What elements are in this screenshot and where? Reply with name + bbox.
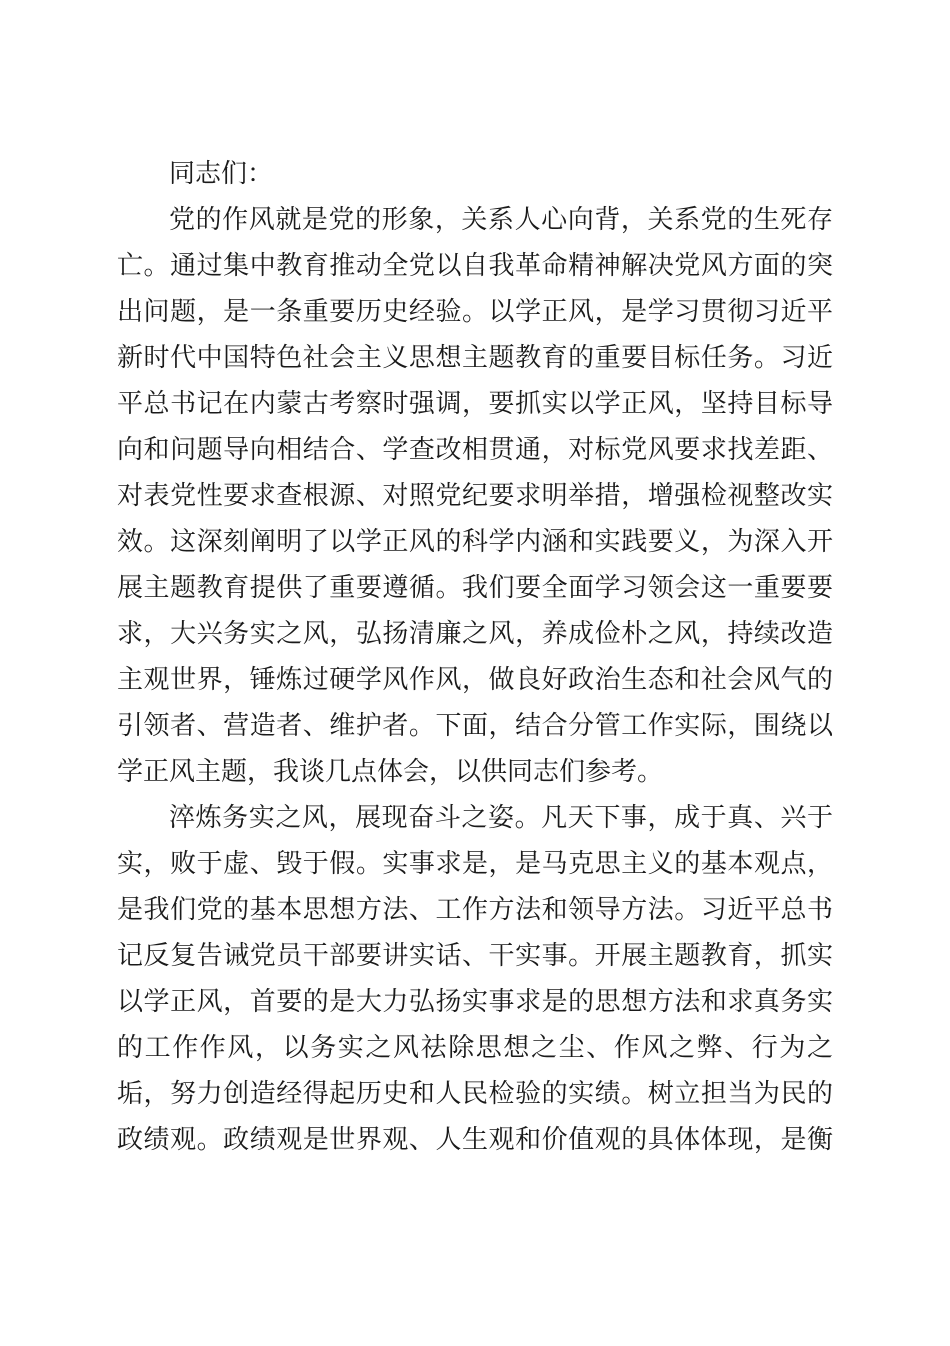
- document-page: 同志们：党的作风就是党的形象，关系人心向背，关系党的生死存亡。通过集中教育推动全…: [0, 0, 950, 1346]
- text-line: 实，败于虚、毁于假。实事求是，是马克思主义的基本观点，: [117, 840, 833, 886]
- text-line: 的工作作风，以务实之风祛除思想之尘、作风之弊、行为之: [117, 1024, 833, 1070]
- text-line: 政绩观。政绩观是世界观、人生观和价值观的具体体现，是衡: [117, 1116, 833, 1162]
- text-line: 同志们：: [117, 150, 833, 196]
- text-line: 引领者、营造者、维护者。下面，结合分管工作实际，围绕以: [117, 702, 833, 748]
- text-line: 亡。通过集中教育推动全党以自我革命精神解决党风方面的突: [117, 242, 833, 288]
- text-line: 以学正风，首要的是大力弘扬实事求是的思想方法和求真务实: [117, 978, 833, 1024]
- text-line: 求，大兴务实之风，弘扬清廉之风，养成俭朴之风，持续改造: [117, 610, 833, 656]
- text-line: 主观世界，锤炼过硬学风作风，做良好政治生态和社会风气的: [117, 656, 833, 702]
- text-line: 新时代中国特色社会主义思想主题教育的重要目标任务。习近: [117, 334, 833, 380]
- document-body: 同志们：党的作风就是党的形象，关系人心向背，关系党的生死存亡。通过集中教育推动全…: [117, 150, 833, 1162]
- text-line: 向和问题导向相结合、学查改相贯通，对标党风要求找差距、: [117, 426, 833, 472]
- text-line: 记反复告诫党员干部要讲实话、干实事。开展主题教育，抓实: [117, 932, 833, 978]
- text-line: 垢，努力创造经得起历史和人民检验的实绩。树立担当为民的: [117, 1070, 833, 1116]
- text-line: 淬炼务实之风，展现奋斗之姿。凡天下事，成于真、兴于: [117, 794, 833, 840]
- text-line: 党的作风就是党的形象，关系人心向背，关系党的生死存: [117, 196, 833, 242]
- text-line: 出问题，是一条重要历史经验。以学正风，是学习贯彻习近平: [117, 288, 833, 334]
- text-line: 对表党性要求查根源、对照党纪要求明举措，增强检视整改实: [117, 472, 833, 518]
- text-line: 学正风主题，我谈几点体会，以供同志们参考。: [117, 748, 833, 794]
- text-line: 是我们党的基本思想方法、工作方法和领导方法。习近平总书: [117, 886, 833, 932]
- text-line: 展主题教育提供了重要遵循。我们要全面学习领会这一重要要: [117, 564, 833, 610]
- text-line: 效。这深刻阐明了以学正风的科学内涵和实践要义，为深入开: [117, 518, 833, 564]
- text-line: 平总书记在内蒙古考察时强调，要抓实以学正风，坚持目标导: [117, 380, 833, 426]
